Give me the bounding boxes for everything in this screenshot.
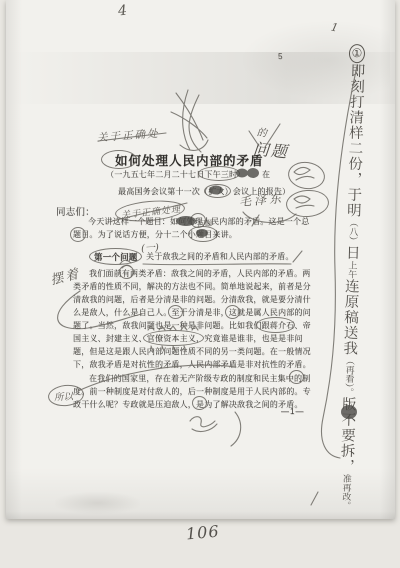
page-stamp-number: 5 — [278, 52, 283, 61]
edit-circle-zhi — [168, 305, 183, 319]
margin-note-text-small: （八） — [347, 218, 358, 245]
para3-line: 政干什么呢？专政就是压迫敌人，是为了解决敌我之间的矛盾。 — [73, 399, 303, 410]
edit-circle-jiangjieshi — [256, 317, 295, 333]
para2-line: 题，但是这是跟人民内部问题性质不同的另一类问题。在一般情况 — [73, 346, 311, 357]
margin-note-number: ① — [349, 44, 365, 63]
margin-note-text: 即刻打清样二份， — [345, 63, 364, 187]
document-title: 如何处理人民内部的矛盾 — [115, 151, 264, 169]
para3-line: 在我们的国家里，存在着无产阶级专政的制度和民主集中的制 — [89, 373, 310, 384]
margin-note-text-small: 上午 — [346, 260, 356, 278]
edit-circle-de — [289, 370, 304, 384]
title-insert-words: 问题 — [252, 136, 290, 162]
margin-note-text: 连原稿送我 — [341, 278, 359, 356]
edit-circle-shi — [192, 396, 207, 410]
margin-note-text-small: 准再改。 — [340, 474, 351, 510]
edit-circle-zhe — [225, 305, 240, 319]
section-number-mark: (一) — [141, 239, 160, 255]
section-heading-text: 关于敌我之间的矛盾和人民内部的矛盾。 — [146, 251, 294, 262]
edit-circle-para1-start — [70, 227, 86, 242]
date-line-tail: 在 — [262, 169, 270, 180]
margin-note-text: 日 — [344, 245, 360, 261]
scanned-document-photo: 如何处理人民内部的矛盾 （一九五七年二月二十七日下午三时 在 最高国务会议第十一… — [0, 0, 400, 568]
page-number: —1— — [281, 407, 304, 416]
edit-circle-you — [119, 265, 134, 279]
top-corner-numeral: 4 — [117, 3, 128, 20]
para2-line: 清敌我的问题，后者是分清是非的问题。分清敌我，就是要分清什 — [73, 294, 311, 305]
margin-note-text-small: （再看）。 — [343, 356, 354, 397]
edit-circle-title-ruhe — [101, 150, 137, 169]
margin-note-text: 版不要拆， — [338, 396, 356, 474]
edit-circle-time — [198, 166, 240, 181]
para3-line: 度。前一种制度是对付敌人的，后一种制度是用于人民内部的。专 — [73, 386, 311, 397]
para2-line: 下，敌我矛盾是对抗性的矛盾，人民内部矛盾是非对抗性的矛盾。 — [73, 359, 311, 370]
edit-circle-guanliao — [143, 330, 204, 346]
edit-circle-venue — [204, 184, 231, 198]
edit-circle-para1-mid — [188, 226, 218, 242]
edit-circle-heading — [89, 248, 142, 265]
para2-line: 类矛盾的性质不同，解决的方法也不同。简单地说起来，前者是分 — [73, 281, 311, 292]
margin-note-text: 于明 — [345, 187, 362, 218]
sheet-number: 106 — [185, 522, 220, 544]
